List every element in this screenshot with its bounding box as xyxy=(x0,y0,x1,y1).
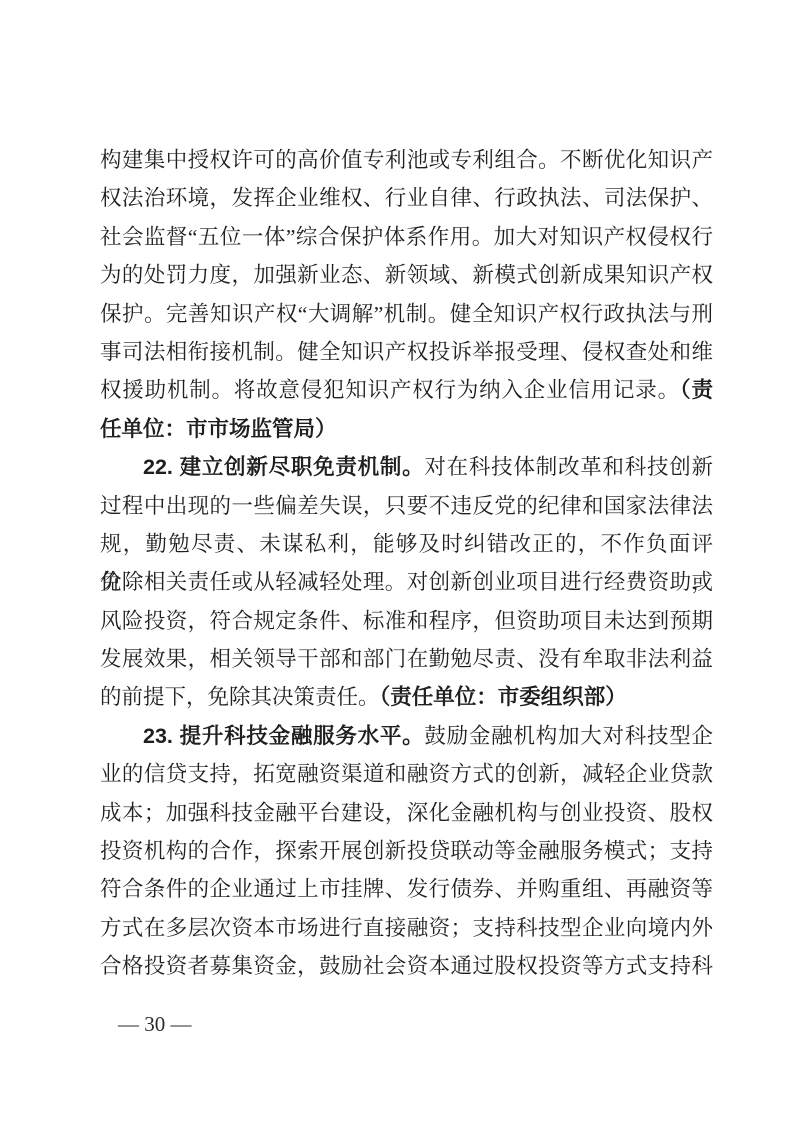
text-line: 成本；加强科技金融平台建设，深化金融机构与创业投资、股权 xyxy=(100,794,713,832)
text-line: 任单位：市市场监管局） xyxy=(100,410,713,448)
text-line: 业的信贷支持，拓宽融资渠道和融资方式的创新，减轻企业贷款 xyxy=(100,755,713,793)
text-line: 23. 提升科技金融服务水平。鼓励金融机构加大对科技型企 xyxy=(100,717,713,755)
bold-text-segment: 22. 建立创新尽职免责机制。 xyxy=(143,455,424,479)
text-line: 社会监督“五位一体”综合保护体系作用。加大对知识产权侵权行 xyxy=(100,218,713,256)
text-segment: 构建集中授权许可的高价值专利池或专利组合。不断优化知识产 xyxy=(100,148,713,172)
text-segment: 投资机构的合作，探索开展创新投贷联动等金融服务模式；支持 xyxy=(100,839,713,863)
text-line: 过程中出现的一些偏差失误，只要不违反党的纪律和国家法律法 xyxy=(100,487,713,525)
text-line: 权援助机制。将故意侵犯知识产权行为纳入企业信用记录。（责 xyxy=(100,371,713,409)
text-line: 投资机构的合作，探索开展创新投贷联动等金融服务模式；支持 xyxy=(100,832,713,870)
bold-text-segment: 23. 提升科技金融服务水平。 xyxy=(143,724,424,748)
text-segment: 对在科技体制改革和科技创新 xyxy=(424,455,713,479)
text-segment: 权法治环境，发挥企业维权、行业自律、行政执法、司法保护、 xyxy=(100,186,713,210)
document-page: 构建集中授权许可的高价值专利池或专利组合。不断优化知识产权法治环境，发挥企业维权… xyxy=(0,0,793,1122)
bold-text-segment: 任单位：市市场监管局） xyxy=(100,417,337,441)
text-segment: 合格投资者募集资金，鼓励社会资本通过股权投资等方式支持科 xyxy=(100,954,713,978)
text-segment: 社会监督“五位一体”综合保护体系作用。加大对知识产权侵权行 xyxy=(100,225,713,249)
text-segment: 保护。完善知识产权“大调解”机制。健全知识产权行政执法与刑 xyxy=(100,302,713,326)
text-line: 发展效果，相关领导干部和部门在勤勉尽责、没有牟取非法利益 xyxy=(100,640,713,678)
text-segment: 鼓励金融机构加大对科技型企 xyxy=(424,724,713,748)
bold-text-segment: （责 xyxy=(680,378,713,402)
page-number: — 30 — xyxy=(118,1005,192,1043)
text-segment: 事司法相衔接机制。健全知识产权投诉举报受理、侵权查处和维 xyxy=(100,340,713,364)
text-line: 方式在多层次资本市场进行直接融资；支持科技型企业向境内外 xyxy=(100,909,713,947)
text-line: 免除相关责任或从轻减轻处理。对创新创业项目进行经费资助或 xyxy=(100,563,713,601)
bold-text-segment: （责任单位：市委组织部） xyxy=(380,685,627,709)
document-body: 构建集中授权许可的高价值专利池或专利组合。不断优化知识产权法治环境，发挥企业维权… xyxy=(100,141,713,986)
text-line: 保护。完善知识产权“大调解”机制。健全知识产权行政执法与刑 xyxy=(100,295,713,333)
text-line: 风险投资，符合规定条件、标准和程序，但资助项目未达到预期 xyxy=(100,602,713,640)
text-segment: 发展效果，相关领导干部和部门在勤勉尽责、没有牟取非法利益 xyxy=(100,647,713,671)
text-segment: 业的信贷支持，拓宽融资渠道和融资方式的创新，减轻企业贷款 xyxy=(100,762,713,786)
text-segment: 风险投资，符合规定条件、标准和程序，但资助项目未达到预期 xyxy=(100,609,713,633)
text-segment: 权援助机制。将故意侵犯知识产权行为纳入企业信用记录。 xyxy=(100,378,680,402)
text-line: 构建集中授权许可的高价值专利池或专利组合。不断优化知识产 xyxy=(100,141,713,179)
text-line: 合格投资者募集资金，鼓励社会资本通过股权投资等方式支持科 xyxy=(100,947,713,985)
text-segment: 方式在多层次资本市场进行直接融资；支持科技型企业向境内外 xyxy=(100,916,713,940)
text-segment: 符合条件的企业通过上市挂牌、发行债券、并购重组、再融资等 xyxy=(100,877,713,901)
text-segment: 成本；加强科技金融平台建设，深化金融机构与创业投资、股权 xyxy=(100,801,713,825)
text-line: 规，勤勉尽责、未谋私利，能够及时纠错改正的，不作负面评价， xyxy=(100,525,713,563)
text-line: 事司法相衔接机制。健全知识产权投诉举报受理、侵权查处和维 xyxy=(100,333,713,371)
text-segment: 为的处罚力度，加强新业态、新领域、新模式创新成果知识产权 xyxy=(100,263,713,287)
text-line: 22. 建立创新尽职免责机制。对在科技体制改革和科技创新 xyxy=(100,448,713,486)
text-line: 权法治环境，发挥企业维权、行业自律、行政执法、司法保护、 xyxy=(100,179,713,217)
text-line: 符合条件的企业通过上市挂牌、发行债券、并购重组、再融资等 xyxy=(100,870,713,908)
text-line: 为的处罚力度，加强新业态、新领域、新模式创新成果知识产权 xyxy=(100,256,713,294)
text-segment: 免除相关责任或从轻减轻处理。对创新创业项目进行经费资助或 xyxy=(100,570,713,594)
text-segment: 过程中出现的一些偏差失误，只要不违反党的纪律和国家法律法 xyxy=(100,494,713,518)
text-line: 的前提下，免除其决策责任。（责任单位：市委组织部） xyxy=(100,678,713,716)
text-segment: 的前提下，免除其决策责任。 xyxy=(100,685,380,709)
